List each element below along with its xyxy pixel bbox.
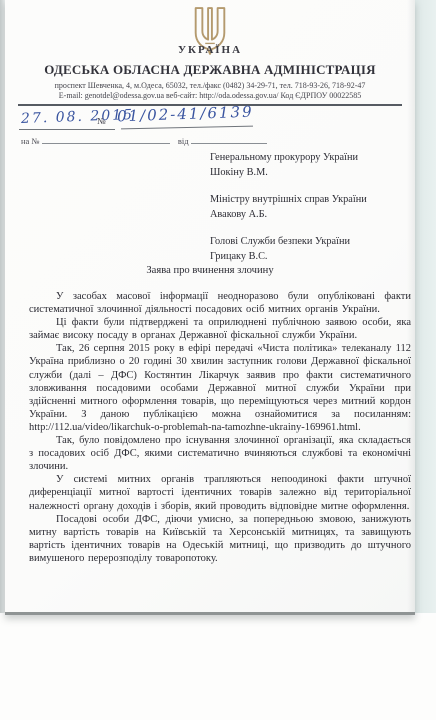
from-blank [191,134,267,144]
recipient: Генеральному прокурору України Шокіну В.… [210,150,410,180]
reference-underline-number [121,126,253,130]
letter-body: У засобах масової інформації неодноразов… [29,290,411,565]
body-paragraph: Так, було повідомлено про існування злоч… [29,434,411,473]
handwritten-number: 01/02-41/6139 [117,103,254,126]
recipient-title: Міністру внутрішніх справ України [210,192,410,207]
reference-underline-date [19,129,115,130]
reply-to-blank [42,134,170,144]
organization-contacts: E-mail: genotdel@odessa.gov.ua веб-сайт:… [5,91,415,100]
from-label: від [178,136,189,146]
reply-reference-row: на № від [21,134,267,146]
recipient-name: Авакову А.Б. [210,207,410,222]
surface-below-page [0,616,436,720]
recipients-block: Генеральному прокурору України Шокіну В.… [210,150,410,276]
photo-background-right [415,0,436,613]
body-paragraph: Ці факти були підтверджені та оприлюднен… [29,316,411,342]
body-paragraph: У засобах масової інформації неодноразов… [29,290,411,316]
organization-name: ОДЕСЬКА ОБЛАСНА ДЕРЖАВНА АДМІНІСТРАЦІЯ [5,62,415,78]
body-paragraph: Посадові особи ДФС, діючи умисно, за поп… [29,513,411,565]
country-label: УКРАЇНА [5,44,415,56]
recipient-title: Генеральному прокурору України [210,150,410,165]
number-sign: № [97,116,106,126]
recipient-title: Голові Служби безпеки України [210,234,410,249]
recipient-name: Грицаку В.С. [210,249,410,264]
recipient: Голові Служби безпеки України Грицаку В.… [210,234,410,264]
reply-to-label: на № [21,136,40,146]
document-subject: Заява про вчинення злочину [5,265,415,276]
body-paragraph: У системі митних органів трапляються неп… [29,473,411,512]
organization-address: проспект Шевченка, 4, м.Одеса, 65032, те… [5,81,415,90]
body-paragraph: Так, 26 серпня 2015 року в ефірі передач… [29,342,411,434]
scanned-letter-page: УКРАЇНА ОДЕСЬКА ОБЛАСНА ДЕРЖАВНА АДМІНІС… [5,0,415,615]
recipient: Міністру внутрішніх справ України Аваков… [210,192,410,222]
recipient-name: Шокіну В.М. [210,165,410,180]
